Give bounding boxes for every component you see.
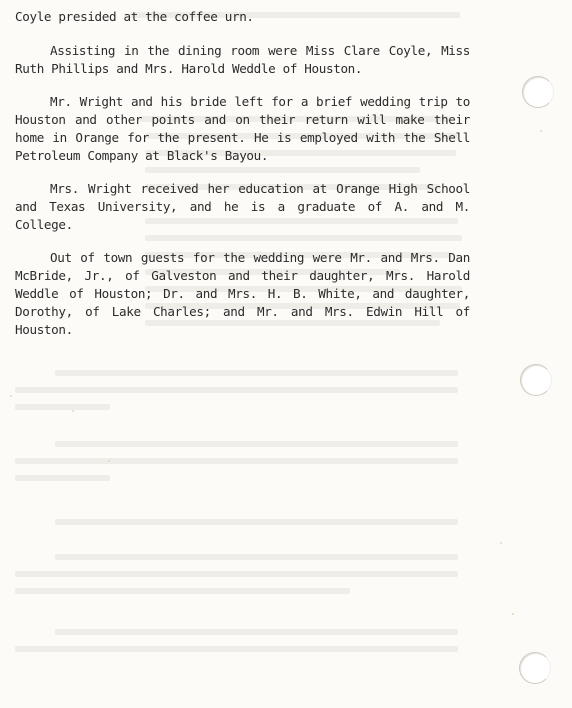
paragraph-dining-room: Assisting in the dining room were Miss C… — [15, 42, 470, 78]
bleed-through-line — [55, 629, 458, 635]
paragraph-wedding-trip: Mr. Wright and his bride left for a brie… — [15, 93, 470, 165]
punch-hole-top — [522, 76, 554, 108]
punch-hole-middle — [520, 364, 552, 396]
bleed-through-line — [55, 554, 458, 560]
paper-speck — [108, 460, 110, 462]
bleed-through-line — [15, 588, 350, 594]
bleed-through-line — [55, 519, 458, 525]
paragraph-coffee-urn: Coyle presided at the coffee urn. — [15, 8, 470, 26]
typed-text-body: Coyle presided at the coffee urn. Assist… — [15, 8, 470, 354]
paper-speck — [10, 395, 12, 397]
paper-speck — [540, 130, 542, 132]
paper-speck — [72, 410, 74, 412]
paper-speck — [500, 542, 502, 544]
bleed-through-line — [15, 571, 458, 577]
bleed-through-line — [15, 404, 110, 410]
paper-speck — [512, 613, 514, 615]
bleed-through-line — [15, 458, 458, 464]
bleed-through-line — [55, 370, 458, 376]
document-page: Coyle presided at the coffee urn. Assist… — [0, 0, 572, 708]
bleed-through-line — [15, 646, 458, 652]
bleed-through-line — [15, 475, 110, 481]
bleed-through-line — [55, 441, 458, 447]
bleed-through-line — [15, 387, 458, 393]
punch-hole-bottom — [519, 652, 551, 684]
paragraph-education: Mrs. Wright received her education at Or… — [15, 180, 470, 234]
paragraph-out-of-town-guests: Out of town guests for the wedding were … — [15, 249, 470, 339]
